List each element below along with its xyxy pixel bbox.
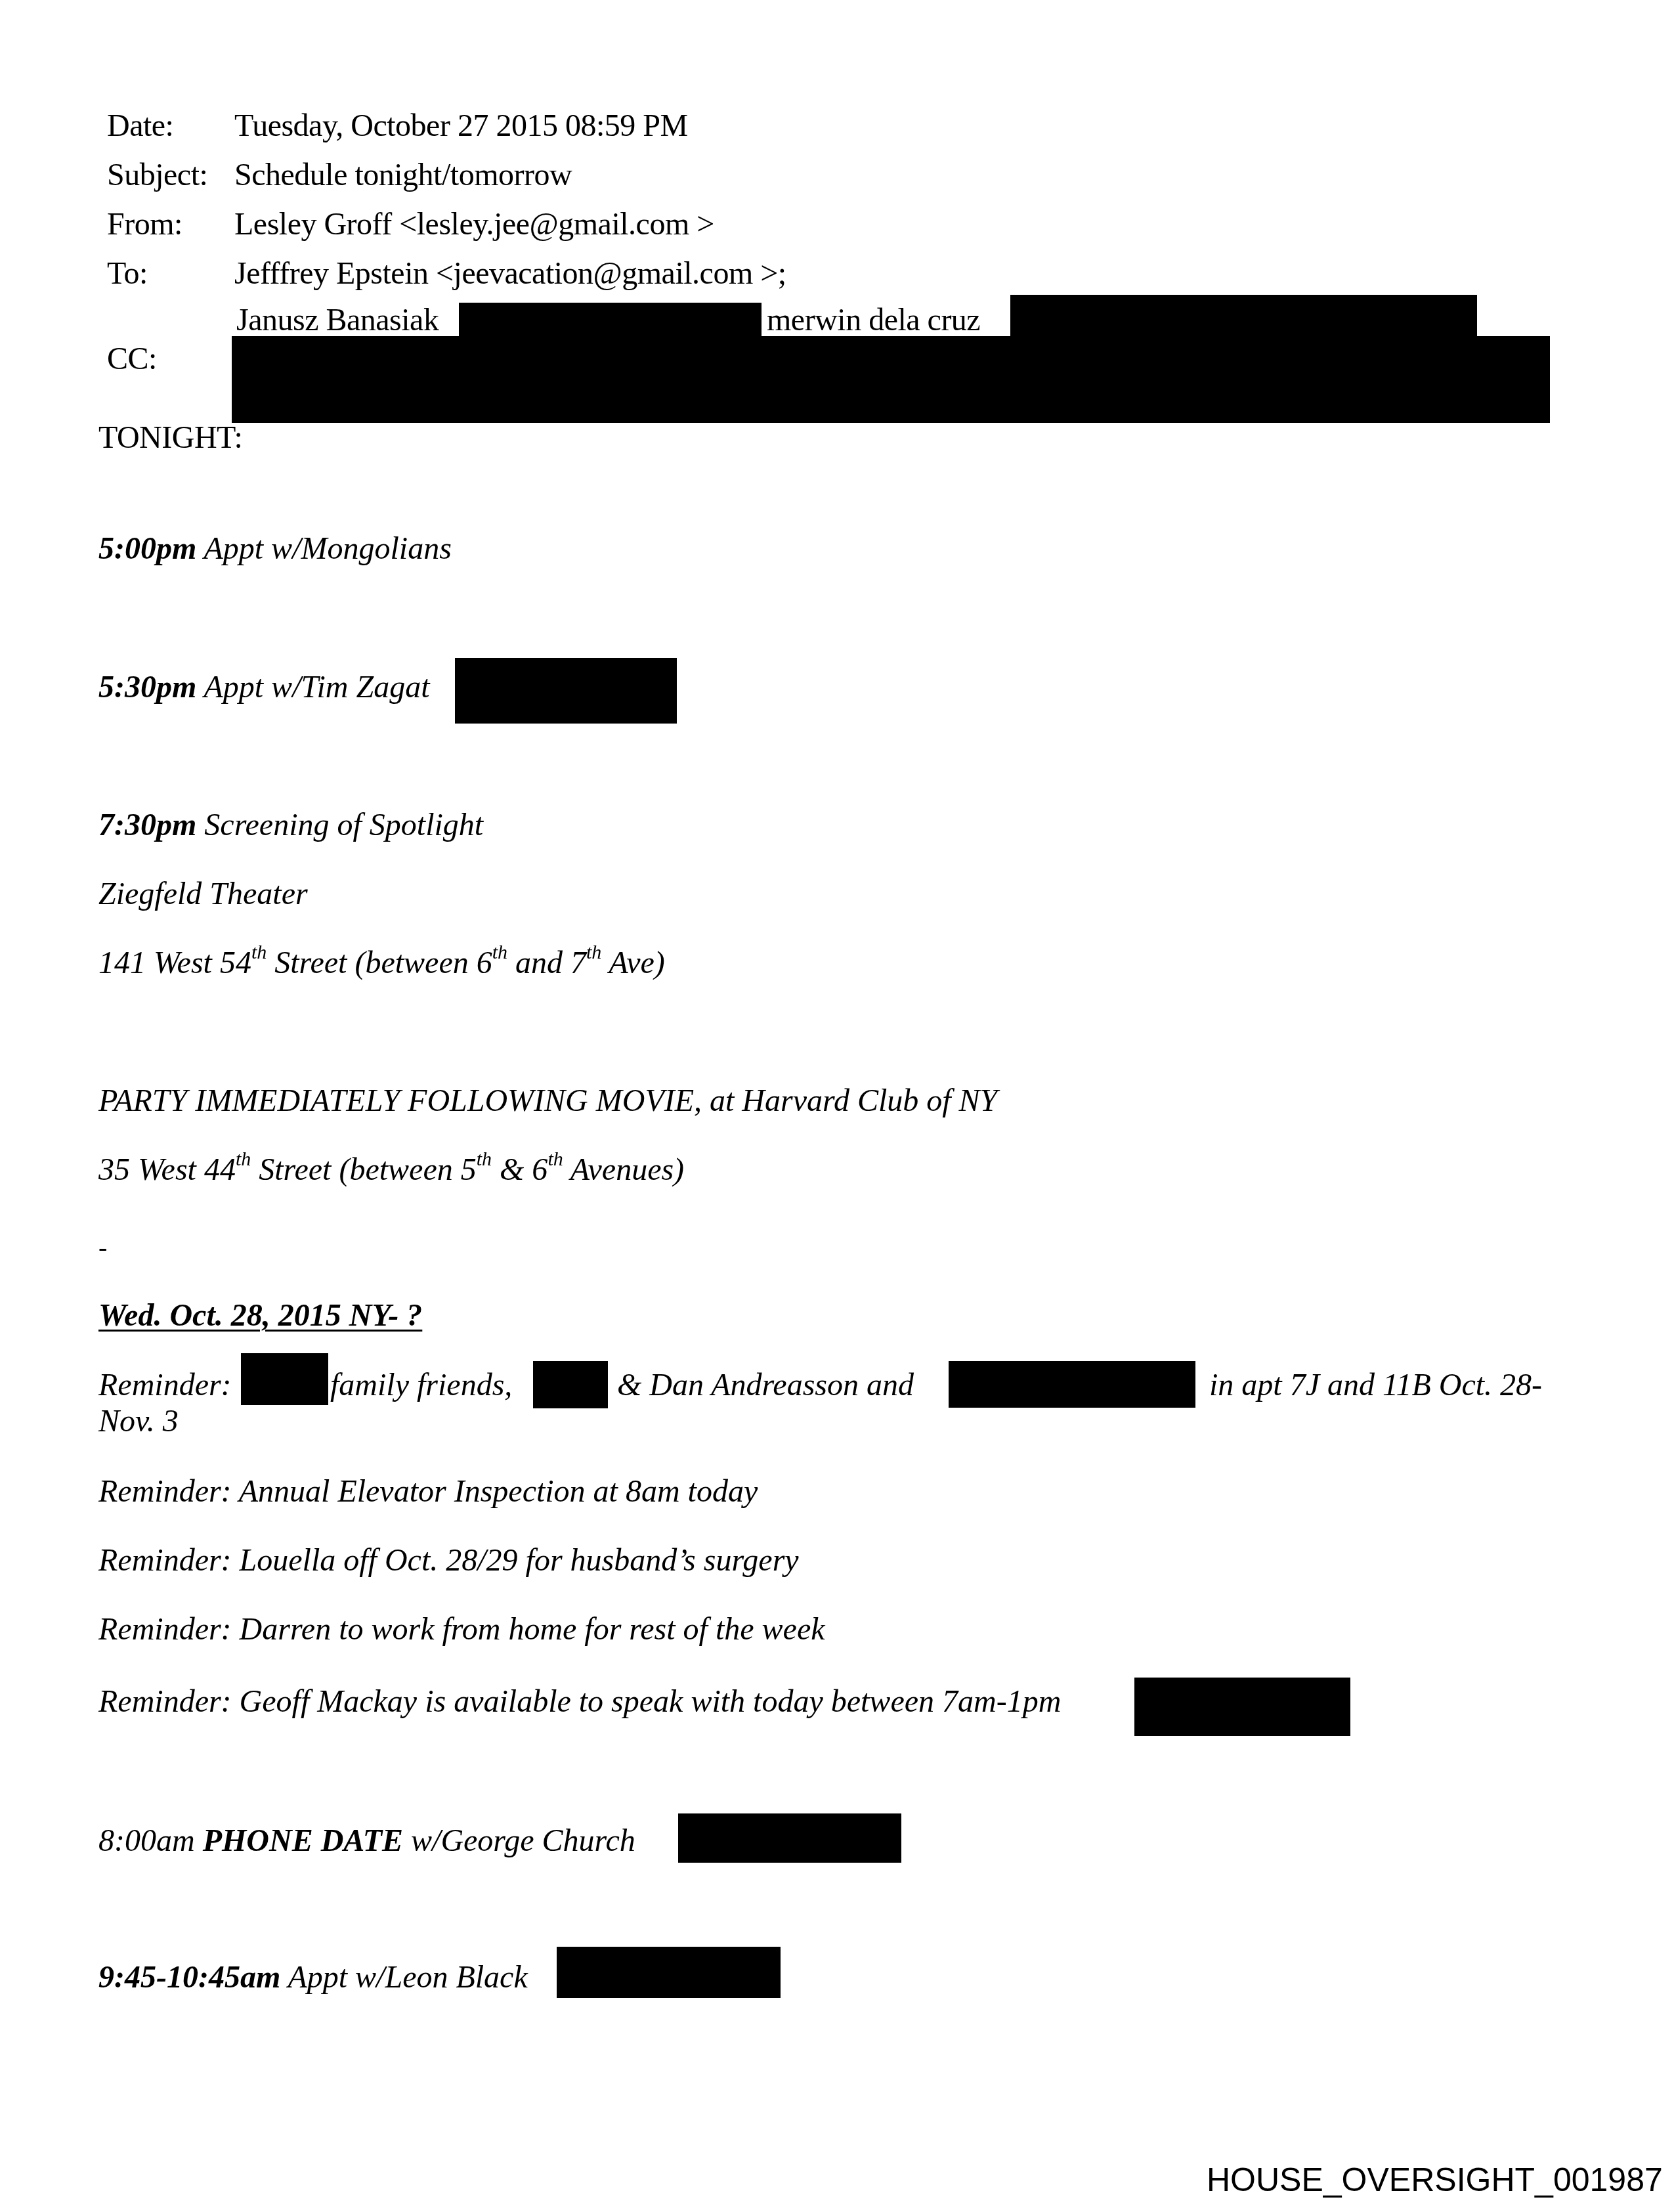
to-recipient-janusz: Janusz Banasiak [236,305,439,336]
date-label: Date: [107,110,173,142]
time: 9:45-10:45am [98,1960,280,1995]
reminder-darren: Reminder: Darren to work from home for r… [98,1614,825,1645]
redaction-box [678,1813,901,1863]
schedule-item-spotlight: 7:30pm Screening of Spotlight [98,810,483,841]
reminder-geoff: Reminder: Geoff Mackay is available to s… [98,1686,1061,1718]
bates-number: HOUSE_OVERSIGHT_001987 [1207,2163,1663,2196]
to-recipient-merwin: merwin dela cruz [767,305,980,336]
party-note: PARTY IMMEDIATELY FOLLOWING MOVIE, at Ha… [98,1085,997,1117]
wednesday-heading: Wed. Oct. 28, 2015 NY- ? [98,1300,422,1332]
schedule-item-phone-date: 8:00am PHONE DATE w/George Church [98,1825,635,1857]
redaction-box [455,658,677,724]
subject-value: Schedule tonight/tomorrow [234,160,572,191]
reminder-family-part: & Dan Andreasson and [617,1370,914,1401]
time: 7:30pm [98,808,196,842]
redaction-box [1010,295,1477,337]
redaction-box [533,1361,608,1408]
tonight-heading: TONIGHT: [98,422,242,454]
reminder-family-continuation: Nov. 3 [98,1406,179,1437]
redaction-box [459,303,762,337]
venue-name: Ziegfeld Theater [98,878,308,910]
redaction-box [241,1353,328,1405]
from-label: From: [107,209,182,240]
subject-label: Subject: [107,160,207,191]
redaction-box [949,1361,1195,1408]
time: 5:00pm [98,531,196,566]
reminder-family-part: in apt 7J and 11B Oct. 28- [1209,1370,1542,1401]
party-address: 35 West 44th Street (between 5th & 6th A… [98,1154,684,1186]
to-label: To: [107,258,148,290]
separator-dash: - [98,1234,107,1261]
schedule-item-zagat: 5:30pm Appt w/Tim Zagat [98,672,430,703]
redaction-box [557,1947,781,1998]
reminder-family-part: family friends, [330,1370,512,1401]
schedule-item-leon-black: 9:45-10:45am Appt w/Leon Black [98,1962,528,1993]
reminder-louella: Reminder: Louella off Oct. 28/29 for hus… [98,1545,799,1576]
cc-label: CC: [107,343,157,375]
schedule-item-mongolians: 5:00pm Appt w/Mongolians [98,533,452,565]
venue-address: 141 West 54th Street (between 6th and 7t… [98,947,665,979]
reminder-elevator: Reminder: Annual Elevator Inspection at … [98,1476,758,1507]
time: 5:30pm [98,670,196,705]
redaction-box [1134,1678,1350,1736]
date-value: Tuesday, October 27 2015 08:59 PM [234,110,688,142]
phone-date-label: PHONE DATE [203,1823,403,1858]
to-value: Jefffrey Epstein <jeevacation@gmail.com … [234,258,786,290]
from-value: Lesley Groff <lesley.jee@gmail.com > [234,209,714,240]
time: 8:00am [98,1823,195,1858]
cc-redaction-box [232,336,1550,423]
reminder-family-friends: Reminder: [98,1370,232,1401]
